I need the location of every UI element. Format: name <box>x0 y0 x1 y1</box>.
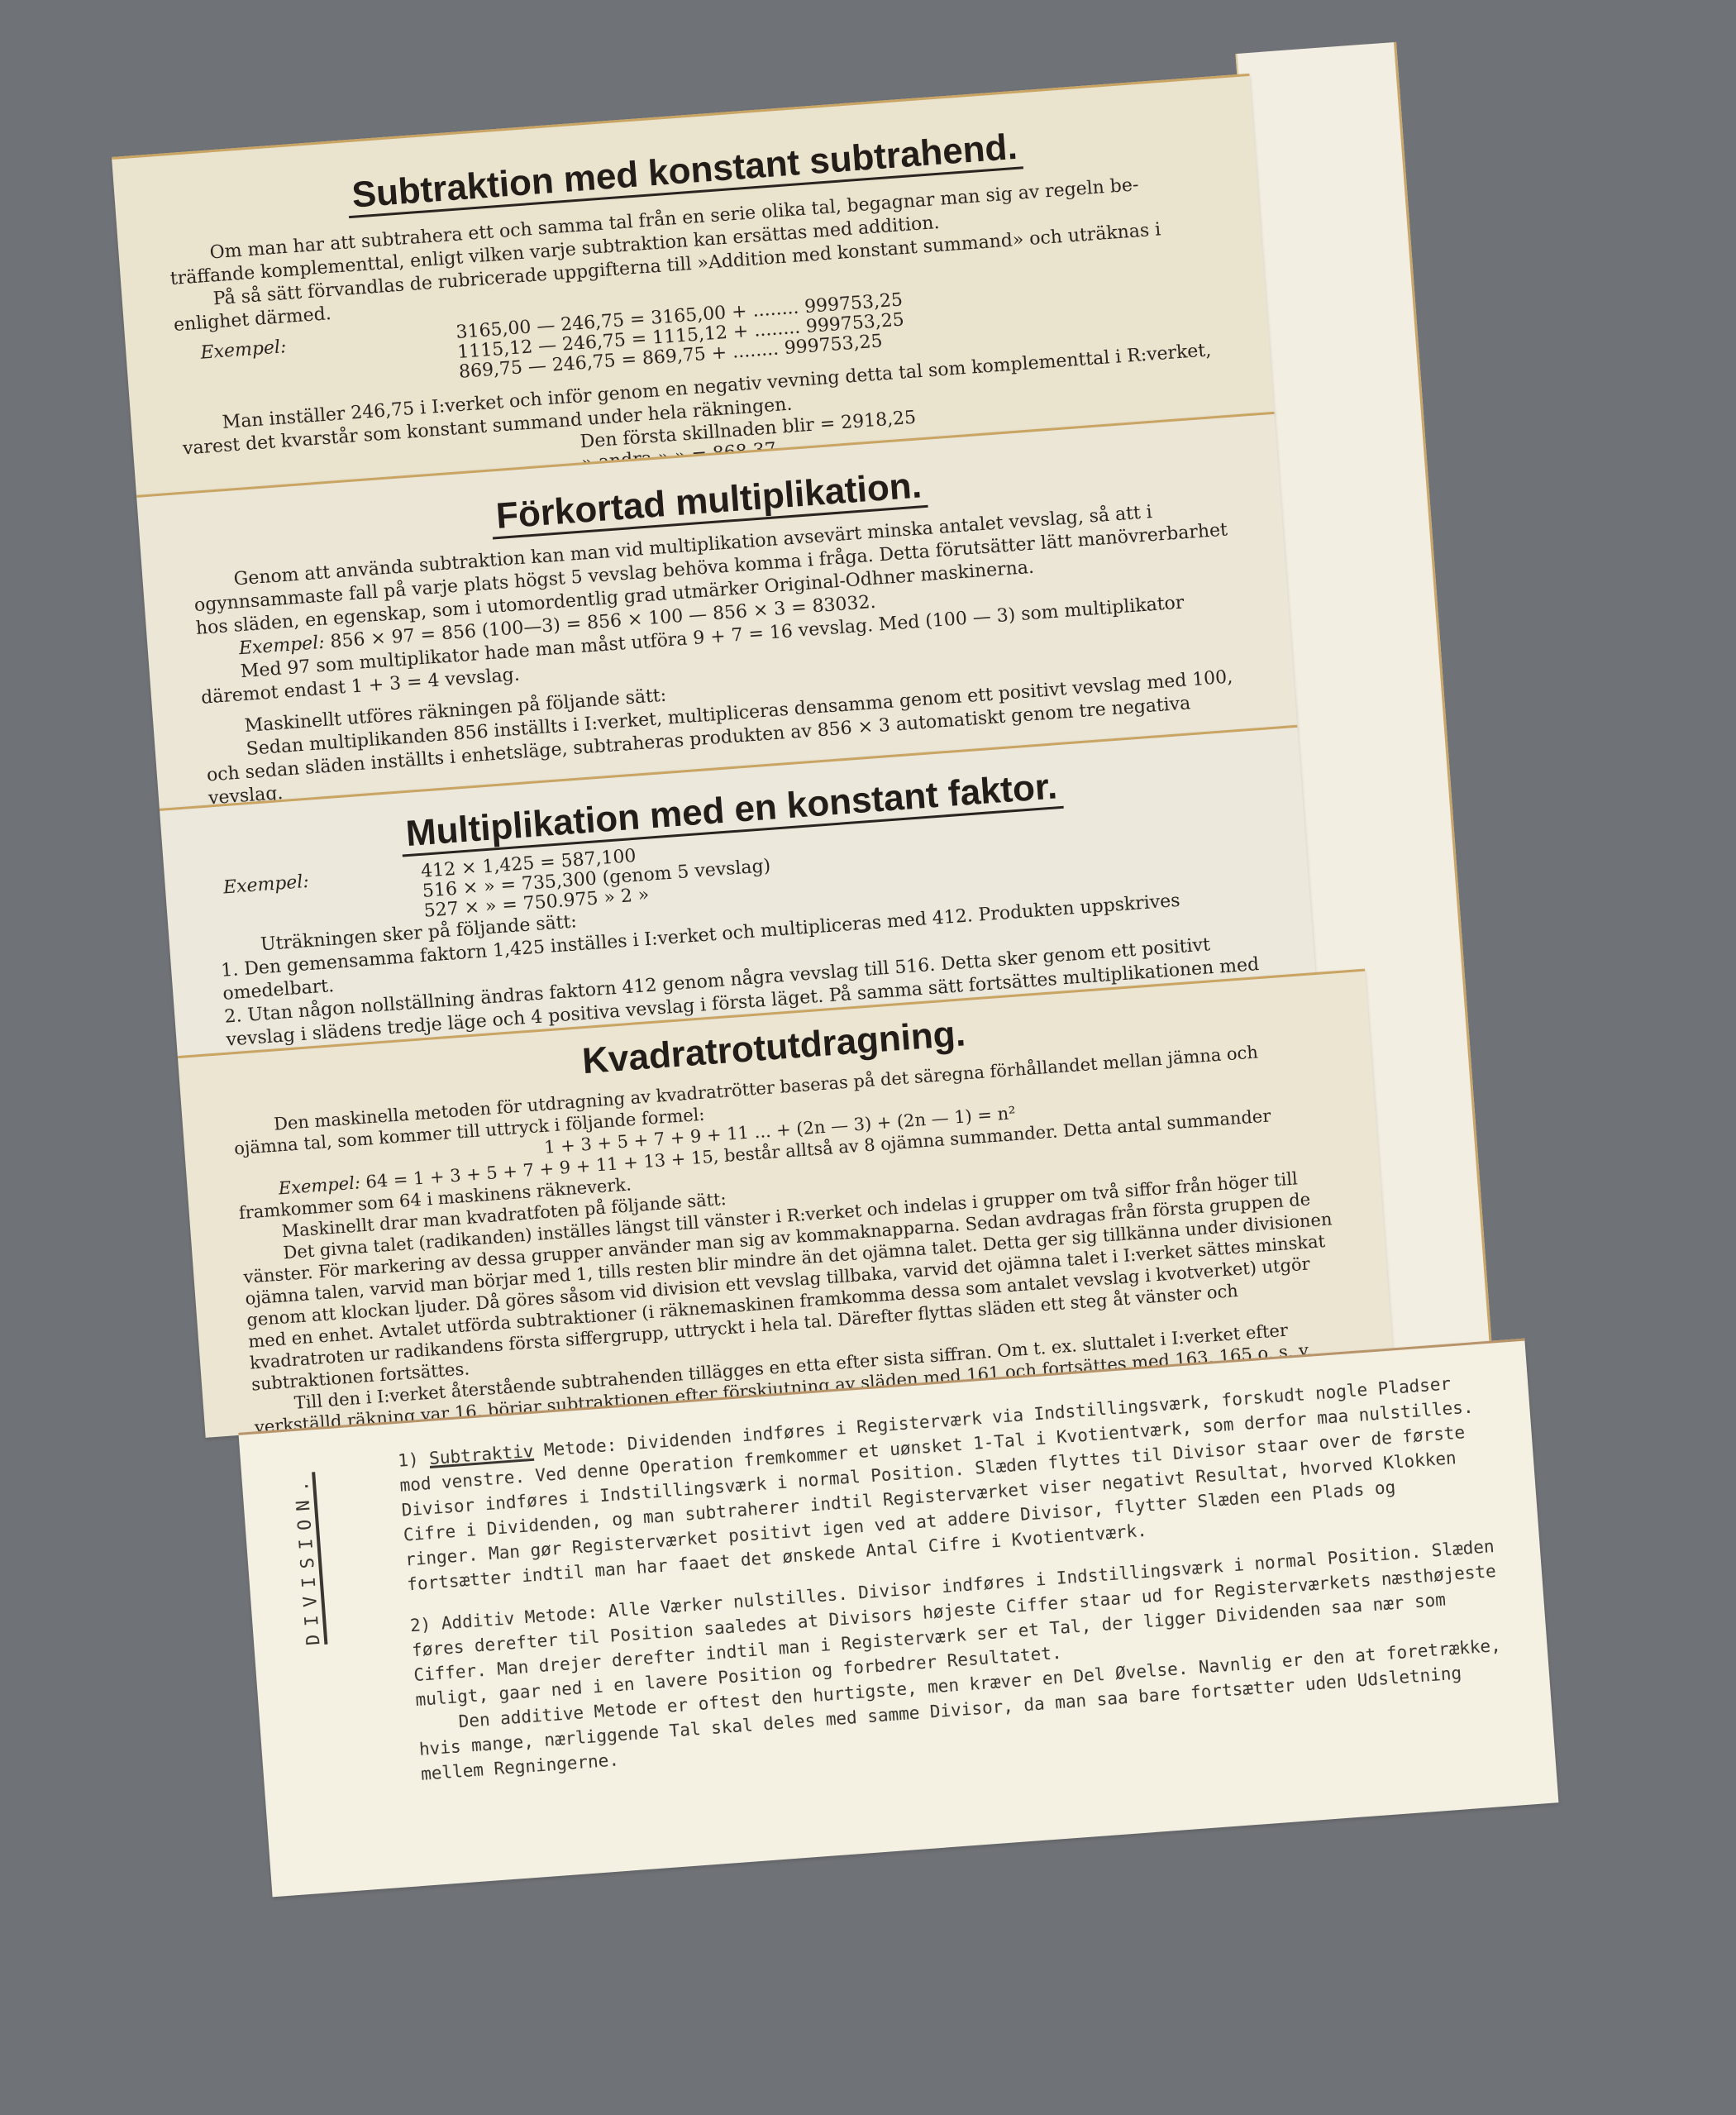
example-label: Exempel: <box>200 324 451 402</box>
document-sheet: Subtraktion med konstant subtrahend. Om … <box>112 60 1571 2079</box>
method-number: 2) <box>409 1615 432 1636</box>
method-number: 1) <box>398 1449 420 1471</box>
section-division: DIVISION. 1) Subtraktiv Metode: Dividend… <box>238 1339 1558 1898</box>
method-name: Subtraktiv <box>428 1441 534 1468</box>
